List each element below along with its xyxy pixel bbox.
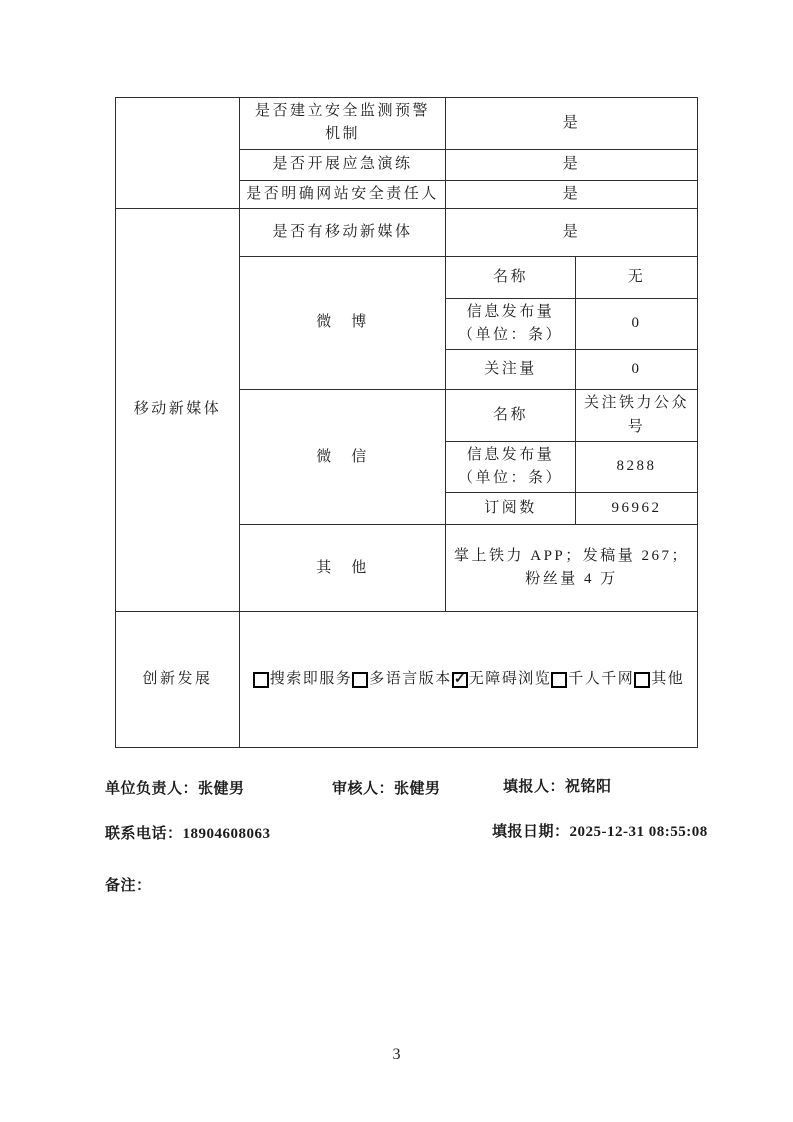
continuation-section-cell bbox=[116, 98, 240, 209]
checkbox-label: 其他 bbox=[651, 668, 684, 691]
innovation-section-label: 创新发展 bbox=[116, 612, 240, 748]
option-accessible-browsing: ✓无障碍浏览 bbox=[452, 668, 552, 691]
weibo-label: 微 博 bbox=[240, 256, 446, 390]
other-media-label: 其 他 bbox=[240, 525, 446, 612]
security-monitor-label: 是否建立安全监测预警 机制 bbox=[240, 98, 446, 150]
weibo-followers-value: 0 bbox=[576, 350, 698, 390]
wechat-posts-label: 信息发布量 （单位：条） bbox=[446, 441, 576, 493]
weibo-name-value: 无 bbox=[576, 256, 698, 298]
annual-report-table: 是否建立安全监测预警 机制 是 是否开展应急演练 是 是否明确网站安全责任人 是… bbox=[115, 97, 698, 748]
security-owner-value: 是 bbox=[446, 180, 698, 208]
table-row: 是否建立安全监测预警 机制 是 bbox=[116, 98, 698, 150]
option-personalized: 千人千网 bbox=[551, 668, 634, 691]
innovation-options-cell: 搜索即服务 多语言版本 ✓无障碍浏览 千人千网 其他 bbox=[240, 612, 698, 748]
checkbox-icon bbox=[634, 672, 650, 688]
remarks-label: 备注： bbox=[105, 874, 152, 895]
weibo-name-label: 名称 bbox=[446, 256, 576, 298]
option-other: 其他 bbox=[634, 668, 684, 691]
reviewer-line: 审核人：张健男 bbox=[332, 777, 441, 798]
table-row: 移动新媒体 是否有移动新媒体 是 bbox=[116, 208, 698, 256]
checkbox-label: 搜索即服务 bbox=[270, 668, 353, 691]
page-number: 3 bbox=[0, 1046, 793, 1064]
has-mobile-media-value: 是 bbox=[446, 208, 698, 256]
has-mobile-media-label: 是否有移动新媒体 bbox=[240, 208, 446, 256]
security-owner-label: 是否明确网站安全责任人 bbox=[240, 180, 446, 208]
weibo-posts-label: 信息发布量 （单位：条） bbox=[446, 298, 576, 350]
checkbox-icon bbox=[551, 672, 567, 688]
option-search-as-service: 搜索即服务 bbox=[253, 668, 353, 691]
checkbox-label: 无障碍浏览 bbox=[469, 668, 552, 691]
phone-line: 联系电话：18904608063 bbox=[105, 822, 271, 843]
checkbox-label: 千人千网 bbox=[568, 668, 634, 691]
innovation-checkbox-line: 搜索即服务 多语言版本 ✓无障碍浏览 千人千网 其他 bbox=[244, 668, 693, 691]
table-row: 创新发展 搜索即服务 多语言版本 ✓无障碍浏览 千人千网 其他 bbox=[116, 612, 698, 748]
checkbox-label: 多语言版本 bbox=[369, 668, 452, 691]
report-date-line: 填报日期：2025-12-31 08:55:08 bbox=[492, 820, 708, 841]
security-monitor-value: 是 bbox=[446, 98, 698, 150]
checkbox-checked-icon: ✓ bbox=[452, 672, 468, 688]
checkbox-icon bbox=[253, 672, 269, 688]
filler-line: 填报人：祝铭阳 bbox=[503, 775, 612, 796]
mobile-media-section-label: 移动新媒体 bbox=[116, 208, 240, 612]
weibo-posts-value: 0 bbox=[576, 298, 698, 350]
wechat-subscribers-value: 96962 bbox=[576, 493, 698, 525]
emergency-drill-value: 是 bbox=[446, 149, 698, 180]
checkbox-icon bbox=[352, 672, 368, 688]
option-multilingual: 多语言版本 bbox=[352, 668, 452, 691]
wechat-posts-value: 8288 bbox=[576, 441, 698, 493]
wechat-name-value: 关注铁力公众号 bbox=[576, 390, 698, 442]
wechat-label: 微 信 bbox=[240, 390, 446, 525]
weibo-followers-label: 关注量 bbox=[446, 350, 576, 390]
report-page: 是否建立安全监测预警 机制 是 是否开展应急演练 是 是否明确网站安全责任人 是… bbox=[0, 0, 793, 1122]
wechat-name-label: 名称 bbox=[446, 390, 576, 442]
unit-head-line: 单位负责人：张健男 bbox=[105, 777, 245, 798]
wechat-subscribers-label: 订阅数 bbox=[446, 493, 576, 525]
emergency-drill-label: 是否开展应急演练 bbox=[240, 149, 446, 180]
other-media-value: 掌上铁力 APP；发稿量 267；粉丝量 4 万 bbox=[446, 525, 698, 612]
